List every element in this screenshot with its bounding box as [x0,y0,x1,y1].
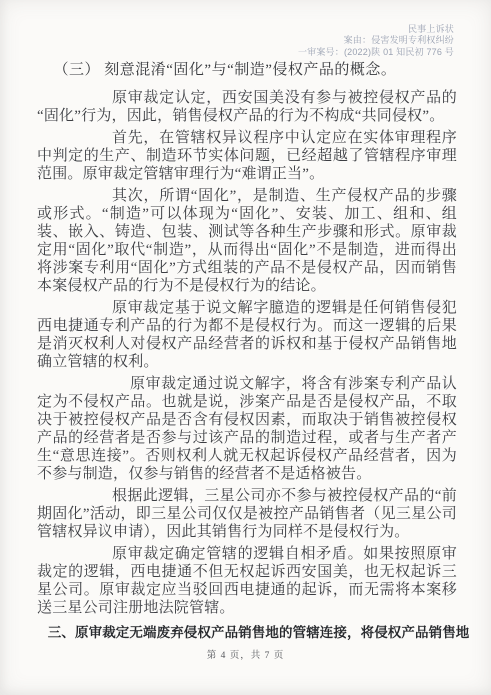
case-number-label: 一审案号：(2022)陕 01 知民初 776 号 [298,47,454,58]
paragraph: 原审裁定基于说文解字臆造的逻辑是任何销售侵犯西电捷通专利产品的行为都不是侵权行为… [37,299,457,371]
paragraph: 原审裁定通过说文解字，将含有涉案专利产品认定为不侵权产品。也就是说，涉案产品是否… [37,375,457,483]
bold-section-heading: 三、原审裁定无端废弃侵权产品销售地的管辖连接，将侵权产品销售地 [37,624,457,642]
paragraph: 其次，所谓“固化”，是制造、生产侵权产品的步骤或形式。“制造”可以体现为“固化”… [37,187,457,295]
doc-type-label: 民事上诉状 [298,24,454,35]
page-number-footer: 第 4 页，共 7 页 [0,647,491,661]
document-body: （三） 刻意混淆“固化”与“制造”侵权产品的概念。 原审裁定认定，西安国美没有参… [37,61,457,642]
case-cause-label: 案由：侵害发明专利权纠纷 [298,35,454,46]
section-heading: （三） 刻意混淆“固化”与“制造”侵权产品的概念。 [37,61,457,80]
paragraph: 原审裁定认定，西安国美没有参与被控侵权产品的“固化”行为，因此，销售侵权产品的行… [37,89,457,125]
paragraph: 原审裁定确定管辖的逻辑自相矛盾。如果按照原审裁定的逻辑，西电捷通不但无权起诉西安… [37,545,457,617]
paragraph: 根据此逻辑，三星公司亦不参与被控侵权产品的“前期固化”活动，即三星公司仅仅是被控… [37,487,457,541]
case-annotation: 民事上诉状 案由：侵害发明专利权纠纷 一审案号：(2022)陕 01 知民初 7… [298,24,454,58]
document-page: 民事上诉状 案由：侵害发明专利权纠纷 一审案号：(2022)陕 01 知民初 7… [0,0,491,695]
paragraph: 首先，在管辖权异议程序中认定应在实体审理程序中判定的生产、制造环节实体问题，已经… [37,129,457,183]
